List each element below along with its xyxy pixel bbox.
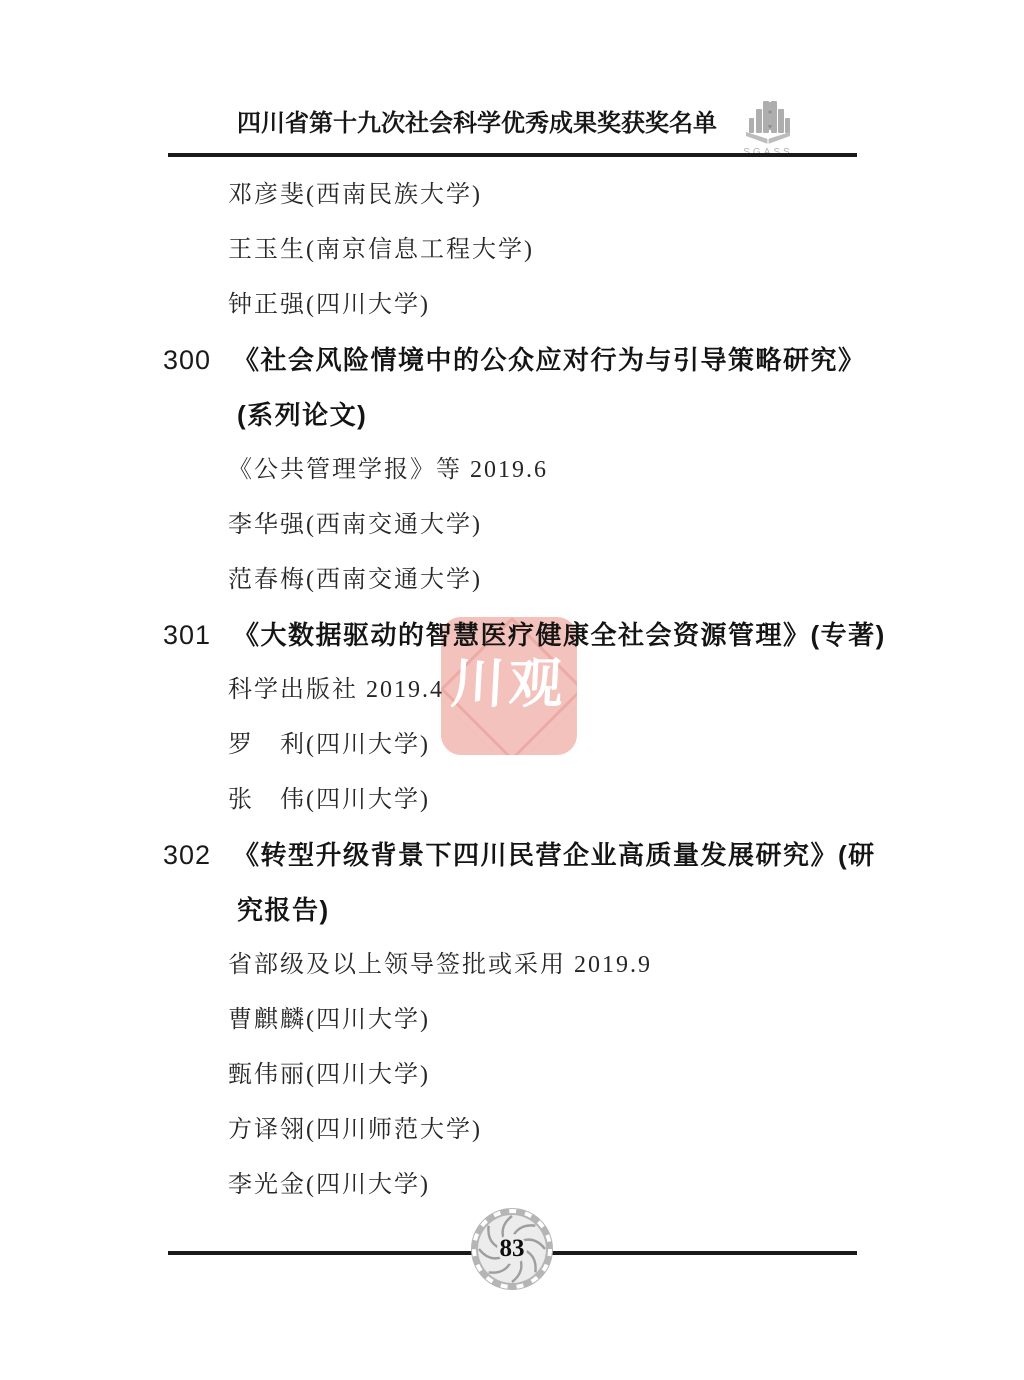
page-number: 83 xyxy=(470,1207,554,1291)
line-text: (系列论文) xyxy=(237,400,367,430)
author-line: 方译翎(四川师范大学) xyxy=(0,1103,1024,1158)
entry-number: 302 xyxy=(163,828,211,883)
line-text: 曹麒麟(四川大学) xyxy=(228,1007,430,1033)
entry-number: 301 xyxy=(163,608,211,663)
line-text: 李光金(四川大学) xyxy=(228,1172,430,1198)
entry-title-line: 302《转型升级背景下四川民营企业高质量发展研究》(研 xyxy=(0,828,1024,883)
page-title: 四川省第十九次社会科学优秀成果奖获奖名单 xyxy=(237,106,717,142)
entry-title-cont-line: 究报告) xyxy=(0,883,1024,938)
source-line: 科学出版社 2019.4 xyxy=(0,663,1024,718)
author-line: 王玉生(南京信息工程大学) xyxy=(0,223,1024,278)
author-line: 范春梅(西南交通大学) xyxy=(0,553,1024,608)
line-text: 邓彦斐(西南民族大学) xyxy=(228,182,482,208)
award-list: 邓彦斐(西南民族大学)王玉生(南京信息工程大学)钟正强(四川大学)300《社会风… xyxy=(0,0,1024,1380)
line-text: 科学出版社 2019.4 xyxy=(228,677,444,703)
line-text: 《大数据驱动的智慧医疗健康全社会资源管理》(专著) xyxy=(233,620,886,650)
entry-title-line: 300《社会风险情境中的公众应对行为与引导策略研究》 xyxy=(0,333,1024,388)
author-line: 罗 利(四川大学) xyxy=(0,718,1024,773)
document-page: 四川省第十九次社会科学优秀成果奖获奖名单 SGASS 川观 邓彦斐(西南民族大学… xyxy=(0,0,1024,1380)
author-line: 邓彦斐(西南民族大学) xyxy=(0,168,1024,223)
line-text: 方译翎(四川师范大学) xyxy=(228,1117,482,1143)
author-line: 甄伟丽(四川大学) xyxy=(0,1048,1024,1103)
header-divider xyxy=(168,153,857,157)
sgass-logo: SGASS xyxy=(737,94,799,156)
line-text: 《转型升级背景下四川民营企业高质量发展研究》(研 xyxy=(233,840,876,870)
line-text: 钟正强(四川大学) xyxy=(228,292,430,318)
source-line: 《公共管理学报》等 2019.6 xyxy=(0,443,1024,498)
entry-title-line: 301《大数据驱动的智慧医疗健康全社会资源管理》(专著) xyxy=(0,608,1024,663)
line-text: 李华强(西南交通大学) xyxy=(228,512,482,538)
entry-title-cont-line: (系列论文) xyxy=(0,388,1024,443)
entry-number: 300 xyxy=(163,333,211,388)
author-line: 张 伟(四川大学) xyxy=(0,773,1024,828)
author-line: 曹麒麟(四川大学) xyxy=(0,993,1024,1048)
line-text: 张 伟(四川大学) xyxy=(228,787,430,813)
line-text: 究报告) xyxy=(237,895,330,925)
line-text: 省部级及以上领导签批或采用 2019.9 xyxy=(228,952,652,978)
line-text: 罗 利(四川大学) xyxy=(228,732,430,758)
line-text: 《社会风险情境中的公众应对行为与引导策略研究》 xyxy=(233,345,866,375)
line-text: 范春梅(西南交通大学) xyxy=(228,567,482,593)
author-line: 李华强(西南交通大学) xyxy=(0,498,1024,553)
line-text: 《公共管理学报》等 2019.6 xyxy=(228,457,548,483)
source-line: 省部级及以上领导签批或采用 2019.9 xyxy=(0,938,1024,993)
building-book-icon xyxy=(738,94,798,144)
line-text: 甄伟丽(四川大学) xyxy=(228,1062,430,1088)
author-line: 钟正强(四川大学) xyxy=(0,278,1024,333)
line-text: 王玉生(南京信息工程大学) xyxy=(228,237,534,263)
author-line: 李光金(四川大学) xyxy=(0,1158,1024,1213)
